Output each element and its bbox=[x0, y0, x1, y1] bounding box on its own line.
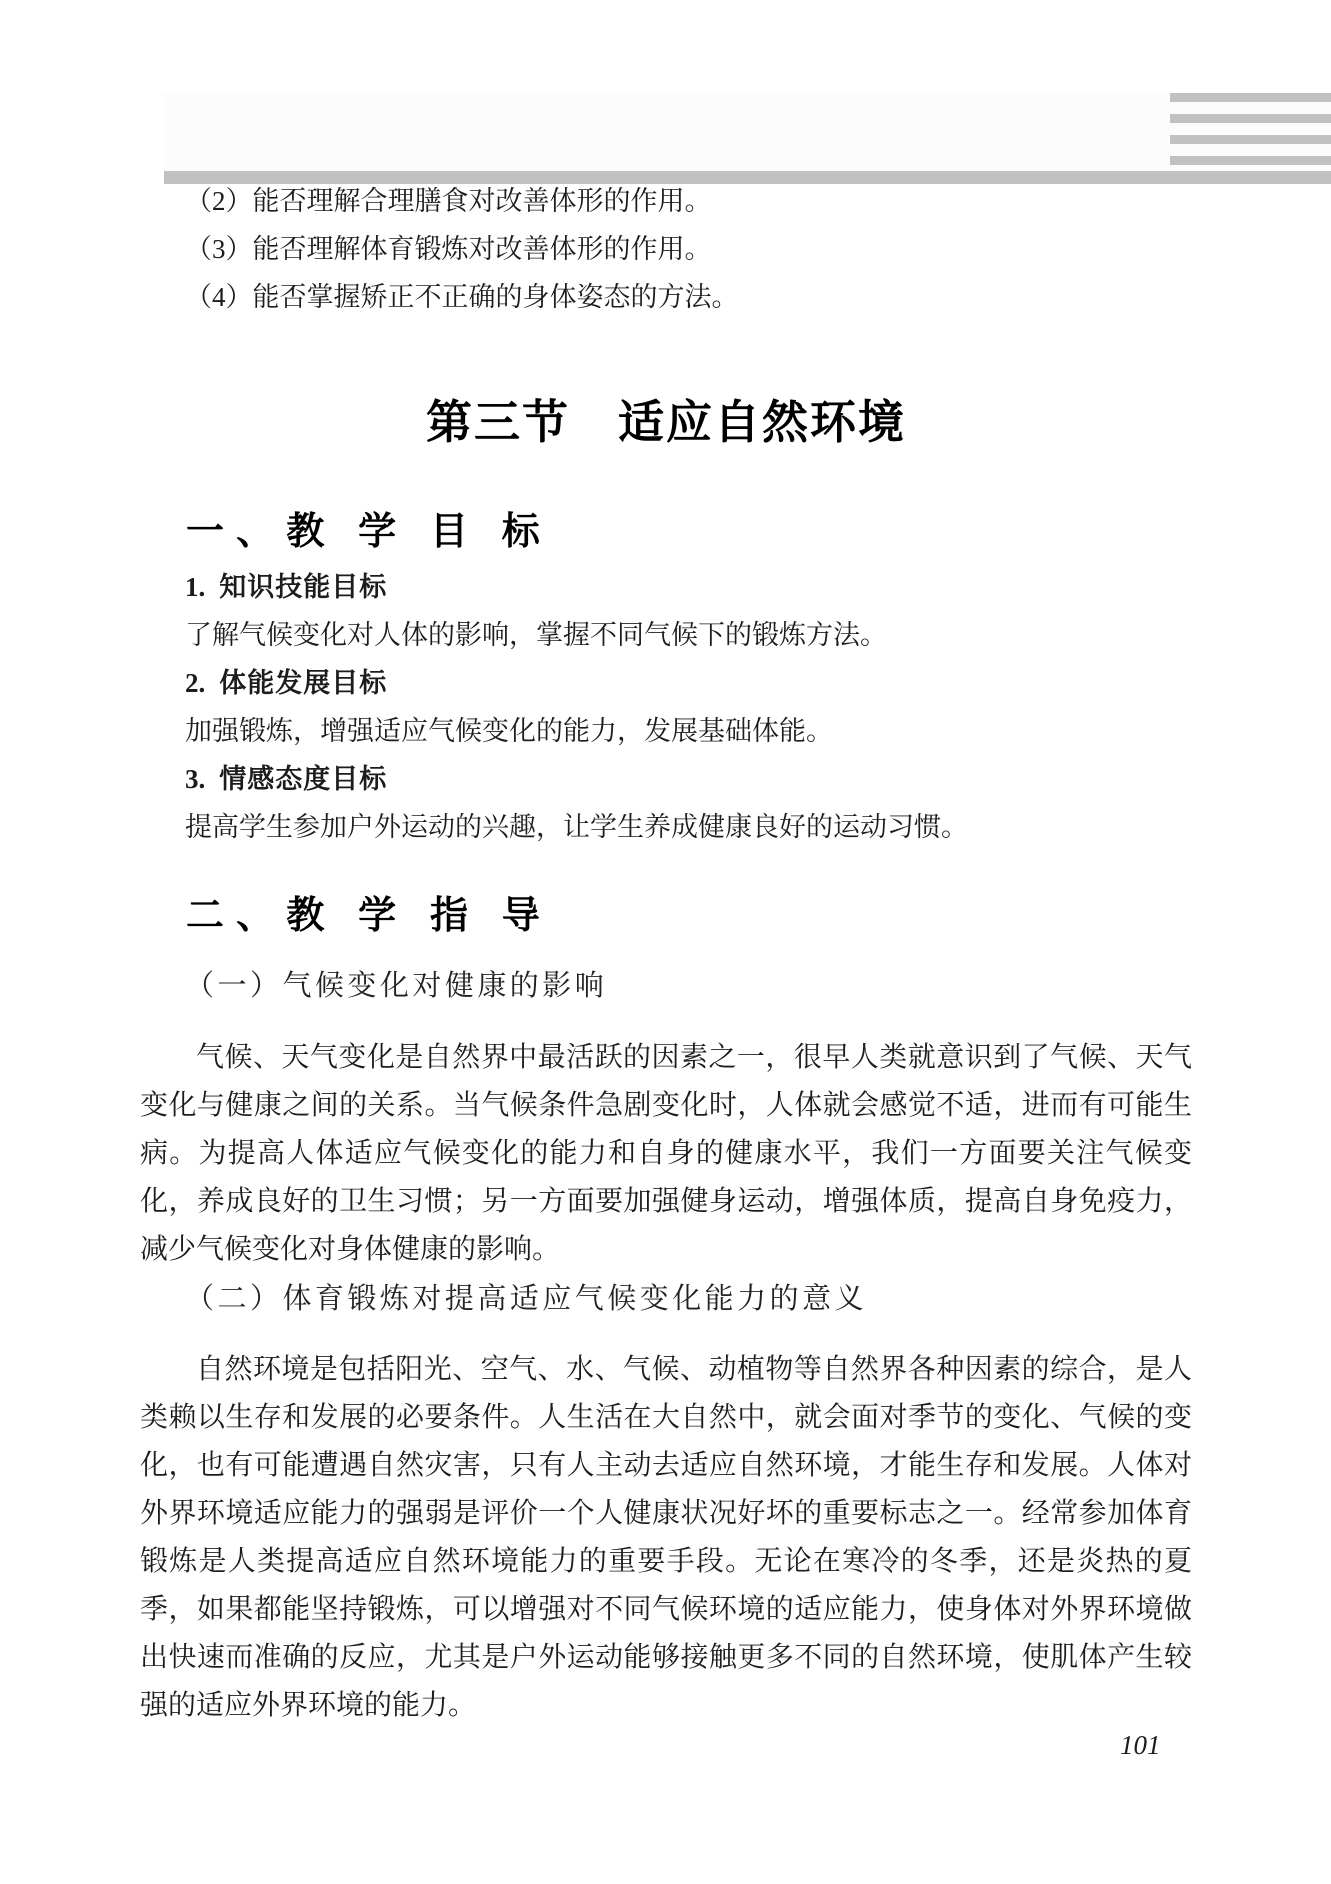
teaching-objectives-list: 1.知识技能目标 了解气候变化对人体的影响，掌握不同气候下的锻炼方法。 2.体能… bbox=[185, 563, 1195, 851]
objective-item: 3.情感态度目标 提高学生参加户外运动的兴趣，让学生养成健康良好的运动习惯。 bbox=[185, 755, 1195, 851]
header-stripe bbox=[1170, 156, 1331, 165]
objective-number: 2. bbox=[185, 668, 205, 698]
objective-number: 3. bbox=[185, 764, 205, 794]
checklist-item: （2）能否理解合理膳食对改善体形的作用。 bbox=[185, 177, 1195, 225]
objective-heading: 3.情感态度目标 bbox=[185, 755, 1195, 803]
objective-title: 情感态度目标 bbox=[219, 764, 387, 794]
header-stripe bbox=[1170, 93, 1331, 102]
objective-item: 2.体能发展目标 加强锻炼，增强适应气候变化的能力，发展基础体能。 bbox=[185, 659, 1195, 755]
objective-number: 1. bbox=[185, 572, 205, 602]
objective-body: 提高学生参加户外运动的兴趣，让学生养成健康良好的运动习惯。 bbox=[185, 803, 1195, 851]
page-number: 101 bbox=[1120, 1730, 1161, 1761]
header-stripes bbox=[1170, 93, 1331, 177]
objective-title: 知识技能目标 bbox=[219, 572, 387, 602]
checklist-item: （4）能否掌握矫正不正确的身体姿态的方法。 bbox=[185, 273, 1195, 321]
objective-heading: 2.体能发展目标 bbox=[185, 659, 1195, 707]
header-stripe bbox=[1170, 114, 1331, 123]
header-band bbox=[164, 93, 1331, 171]
objective-heading: 1.知识技能目标 bbox=[185, 563, 1195, 611]
paragraph-climate-health: 气候、天气变化是自然界中最活跃的因素之一，很早人类就意识到了气候、天气变化与健康… bbox=[140, 1034, 1192, 1274]
objective-body: 加强锻炼，增强适应气候变化的能力，发展基础体能。 bbox=[185, 707, 1195, 755]
checklist-item: （3）能否理解体育锻炼对改善体形的作用。 bbox=[185, 225, 1195, 273]
paragraph-exercise-significance: 自然环境是包括阳光、空气、水、气候、动植物等自然界各种因素的综合，是人类赖以生存… bbox=[140, 1346, 1192, 1730]
header-stripe bbox=[1170, 135, 1331, 144]
objective-body: 了解气候变化对人体的影响，掌握不同气候下的锻炼方法。 bbox=[185, 611, 1195, 659]
evaluation-checklist: （2）能否理解合理膳食对改善体形的作用。 （3）能否理解体育锻炼对改善体形的作用… bbox=[185, 177, 1195, 321]
part1-heading: 一、教 学 目 标 bbox=[186, 500, 552, 555]
objective-title: 体能发展目标 bbox=[219, 668, 387, 698]
sub-heading-climate-health: （一）气候变化对健康的影响 bbox=[185, 963, 607, 1004]
part2-heading: 二、教 学 指 导 bbox=[186, 884, 552, 939]
objective-item: 1.知识技能目标 了解气候变化对人体的影响，掌握不同气候下的锻炼方法。 bbox=[185, 563, 1195, 659]
textbook-page: （2）能否理解合理膳食对改善体形的作用。 （3）能否理解体育锻炼对改善体形的作用… bbox=[0, 0, 1331, 1884]
sub-heading-exercise-significance: （二）体育锻炼对提高适应气候变化能力的意义 bbox=[185, 1276, 867, 1317]
section-title: 第三节 适应自然环境 bbox=[140, 386, 1192, 452]
